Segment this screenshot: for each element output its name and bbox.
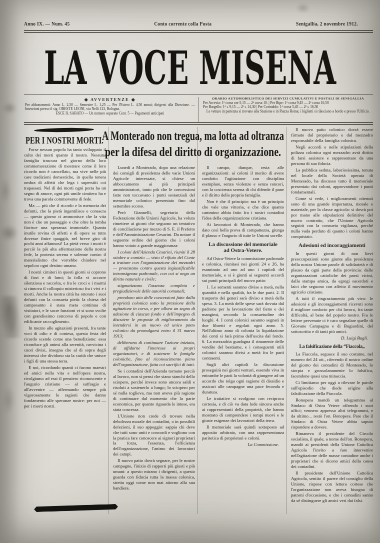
paragraph: Il nuovo patto colonico dovrà essere fir…	[291, 127, 373, 143]
column-4: Il nuovo patto colonico dovrà essere fir…	[291, 127, 373, 513]
masthead-meta-row: Anno IX. — Num. 45 Conto corrente colla …	[24, 22, 358, 30]
paragraph: In mezzo alle agitazioni presenti, fra t…	[24, 326, 106, 364]
masthead: LA VOCE MISENA	[40, 36, 340, 94]
paragraph: La Fiaccola, seguace il suo costume, nel…	[291, 351, 373, 378]
ordine-del-giorno: I coloni dell'Azienda Cesarini, riuniti …	[113, 249, 195, 367]
paragraph: Rimaneva il presidente del Circolo socia…	[291, 431, 373, 469]
paragraph: L'Unione non crede di trovare nella debo…	[113, 413, 195, 457]
article-title-fiaccola: La falsificazione della “Fiaccola„	[291, 344, 373, 350]
notices-bottom-rule	[24, 124, 373, 125]
paragraph: Ma — più che il ricordo e la memoria dei…	[24, 203, 106, 269]
paragraph: In questi giorni di non lievi preoccupaz…	[291, 251, 373, 295]
article-title-monterado-line2: per la difesa del diritto di organizzazi…	[105, 145, 281, 159]
article-title-monterado: A Monterado non tregua, ma lotta ad oltr…	[100, 126, 286, 162]
paragraph: Come si vede, i miglioramenti ottenuti s…	[291, 196, 373, 240]
margin-smudge	[0, 296, 22, 338]
paragraph: Il nuovo patto dovrà segnare, per le nos…	[113, 458, 195, 491]
article-body-patto: Il nuovo patto colonico dovrà essere fir…	[291, 127, 373, 240]
avvertenze-heading: ◆ AVVERTENZE ◆	[25, 97, 195, 103]
avvertenze-line: ESCE IL SABATO — Un numero separato Cent…	[25, 111, 195, 115]
paragraph: deliberano di continuare l'azione inizia…	[113, 340, 195, 367]
article-title-morti: PER I NOSTRI MORTI.	[24, 133, 105, 146]
article-title-morti-text: PER I NOSTRI MORTI.	[26, 137, 104, 147]
article-body-adesioni: In questi giorni di non lievi preoccupaz…	[291, 251, 373, 334]
paragraph: Se i contadini dell'Azienda tornano perc…	[113, 368, 195, 412]
paragraph: Ad Ostra-Vetere la commissione padronale…	[202, 256, 284, 283]
paragraph: stigmatizzano l'assenza completa e pregi…	[113, 283, 195, 294]
article-body-monterado: Se i contadini dell'Azienda tornano perc…	[113, 368, 195, 491]
column-3: Il campo, dunque, resta alle organizzazi…	[202, 165, 284, 513]
paragraph: La pubblica seduta, laboriosissima, tenu…	[291, 167, 373, 194]
paragraph: Forse nessun popolo ha tanto sviluppato …	[24, 147, 106, 202]
issue-number: Anno IX. — Num. 45	[24, 22, 70, 27]
paragraph: Ci limitiamo per oggi a rilevare le paro…	[291, 380, 373, 396]
column-separator	[108, 127, 109, 514]
orario-box: ORARIO AUTOMOBILISTICO DEI SERVIZI CUMUL…	[203, 97, 373, 121]
paragraph: Negli accordi e nelle stipulazioni della…	[291, 144, 373, 166]
avvertenze-line: Per abbonamenti: Anno L. 2,50 — Semestre…	[25, 103, 195, 111]
orario-line: Le vetture in partenza si trovano alla S…	[203, 109, 373, 113]
header-rule	[24, 32, 373, 33]
paragraph: 1. Le sementi saranno divise a metà, nel…	[202, 284, 284, 361]
margin-smudge	[0, 178, 11, 204]
corner-smudge	[296, 3, 310, 13]
publication-date: Senigallia, 2 novembre 1912.	[296, 22, 358, 27]
margin-smudge	[2, 386, 15, 414]
ink-smear-bar	[34, 504, 118, 512]
column-2: Lunedì a Monterado, dopo una relazione d…	[113, 165, 195, 513]
header-rule	[24, 30, 373, 31]
signature: La Commissione.	[202, 442, 279, 447]
paragraph: Bonopera mandò un telegramma al Sindaco …	[291, 397, 373, 430]
paragraph: Ai lavoratori di Monterado, che hanno da…	[202, 222, 284, 238]
orario-heading: ORARIO AUTOMOBILISTICO DEI SERVIZI CUMUL…	[203, 97, 373, 101]
paragraph: I coloni dell'Azienda Cesarini, riuniti …	[113, 249, 195, 282]
avvertenze-box: ◆ AVVERTENZE ◆ Per abbonamenti: Anno L. …	[25, 97, 195, 121]
paragraph: Il memoriale sarà quindi sottoposto ad a…	[202, 424, 284, 440]
article-title-ostra-line1: La discussione del memoriale	[209, 241, 278, 247]
paragraph: Le trattative si svolgono con reciproca …	[202, 396, 284, 423]
article-body-ostra: Ad Ostra-Vetere la commissione padronale…	[202, 256, 284, 441]
article-title-ostra: La discussione del memoriale ad Ostra-Ve…	[202, 241, 284, 254]
column-separator	[197, 127, 198, 514]
article-body-morti: Forse nessun popolo ha tanto sviluppato …	[24, 147, 106, 409]
article-body-monterado-cont: Il campo, dunque, resta alle organizzazi…	[202, 165, 284, 238]
headline-ornament	[34, 127, 94, 132]
article-body-fiaccola: La Fiaccola, seguace il suo costume, nel…	[291, 351, 373, 503]
paragraph: prendono atto delle concessioni fatte da…	[113, 295, 195, 339]
signature: D. Luigi Bugli.	[291, 335, 368, 340]
paragraph: E noi, ricordando quanti ci furono maest…	[24, 365, 106, 409]
paragraph: Però Giannelli, segretario della Federaz…	[113, 210, 195, 248]
postal-note: Conto corrente colla Posta	[154, 22, 212, 27]
margin-smudge	[2, 102, 17, 114]
paragraph: Non è che il principio: ma è un principi…	[202, 199, 284, 221]
newspaper-page: Anno IX. — Num. 45 Conto corrente colla …	[0, 0, 380, 543]
paragraph: Il campo, dunque, resta alle organizzazi…	[202, 165, 284, 198]
column-separator	[286, 127, 287, 514]
notices-divider	[198, 97, 199, 122]
notices-bottom-rule	[24, 122, 373, 123]
paragraph: Sugli altri capitoli la discussione pros…	[202, 362, 284, 395]
article-body-monterado: Lunedì a Monterado, dopo una relazione d…	[113, 165, 195, 248]
article-title-monterado-line1: A Monterado non tregua, ma lotta ad oltr…	[102, 129, 285, 143]
article-title-ostra-line2: ad Ostra-Vetere.	[224, 248, 263, 254]
article-title-adesioni: Adesioni ed incoraggiamenti	[291, 243, 373, 249]
paragraph: A tutti il ringraziamento più vivo: le a…	[291, 296, 373, 334]
margin-smudge	[0, 225, 18, 241]
paragraph: Lunedì a Monterado, dopo una relazione d…	[113, 165, 195, 209]
masthead-underline	[24, 94, 373, 95]
column-1: Forse nessun popolo ha tanto sviluppato …	[24, 147, 106, 504]
masthead-title: LA VOCE MISENA	[44, 41, 337, 94]
paragraph: I nostri cimiteri in questi giorni si co…	[24, 270, 106, 325]
paragraph: Il presidente dell'Unione Cattolica Agri…	[291, 471, 373, 504]
